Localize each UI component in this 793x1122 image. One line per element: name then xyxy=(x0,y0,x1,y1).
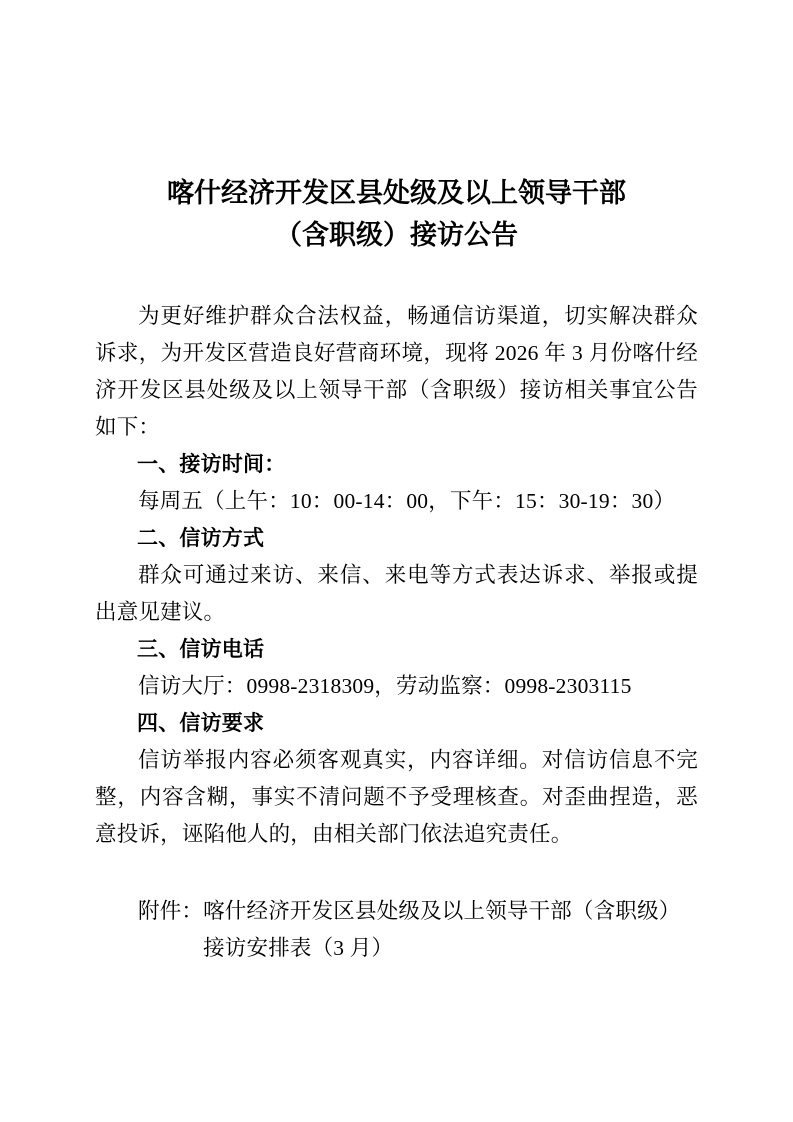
notice-page: 喀什经济开发区县处级及以上领导干部 （含职级）接访公告 为更好维护群众合法权益，… xyxy=(0,0,793,1122)
attachment-line2: 接访安排表（3 月） xyxy=(203,930,680,967)
section-heading-2: 二、信访方式 xyxy=(95,520,698,557)
section-heading-3: 三、信访电话 xyxy=(95,631,698,668)
section-body-3: 信访大厅：0998-2318309，劳动监察：0998-2303115 xyxy=(95,668,698,705)
intro-paragraph: 为更好维护群众合法权益，畅通信访渠道，切实解决群众诉求，为开发区营造良好营商环境… xyxy=(95,298,698,446)
document-body: 为更好维护群众合法权益，畅通信访渠道，切实解决群众诉求，为开发区营造良好营商环境… xyxy=(95,298,698,967)
attachment-line1: 喀什经济开发区县处级及以上领导干部（含职级） xyxy=(203,893,680,930)
section-heading-1: 一、接访时间： xyxy=(95,446,698,483)
attachment-block: 附件： 喀什经济开发区县处级及以上领导干部（含职级） 接访安排表（3 月） xyxy=(138,893,698,967)
document-title: 喀什经济开发区县处级及以上领导干部 （含职级）接访公告 xyxy=(95,172,698,256)
attachment-lines: 喀什经济开发区县处级及以上领导干部（含职级） 接访安排表（3 月） xyxy=(203,893,680,967)
section-heading-4: 四、信访要求 xyxy=(95,705,698,742)
document-title-line1: 喀什经济开发区县处级及以上领导干部 xyxy=(95,172,698,214)
section-body-4: 信访举报内容必须客观真实，内容详细。对信访信息不完整，内容含糊，事实不清问题不予… xyxy=(95,742,698,853)
section-body-1: 每周五（上午：10：00-14：00，下午：15：30-19：30） xyxy=(95,483,698,520)
document-title-line2: （含职级）接访公告 xyxy=(95,214,698,256)
section-body-2: 群众可通过来访、来信、来电等方式表达诉求、举报或提出意见建议。 xyxy=(95,557,698,631)
attachment-label: 附件： xyxy=(138,893,203,967)
